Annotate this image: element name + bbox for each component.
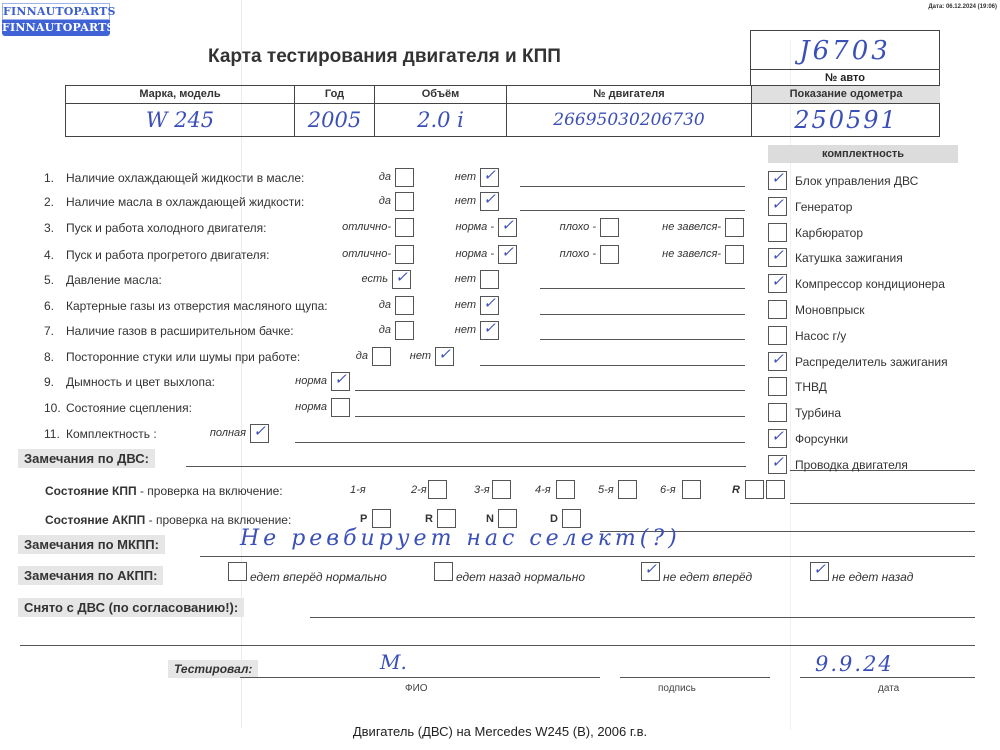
checklist-option-label: нет [345,350,431,362]
checklist-item-number: 8. [44,350,54,364]
checkmark-icon: ✓ [481,190,498,208]
tester-name-caption: ФИО [405,683,428,694]
checkmark-icon: ✓ [769,453,786,471]
vehicle-info-table: Марка, модель W 245 Год 2005 Объём 2.0 i… [65,85,940,137]
kpp-gear-label: 1-я [350,484,366,496]
dvs-remarks-label: Замечания по ДВС: [18,449,155,468]
checklist-item-label: Посторонние стуки или шумы при работе: [66,350,300,364]
engine-number-value: 26695030206730 [507,104,751,136]
akpp-remark-label: не едет вперёд [663,570,752,584]
checklist-item-label: Пуск и работа холодного двигателя: [66,221,266,235]
akpp-gear-checkbox[interactable] [562,509,581,528]
checklist-option-label: отлично- [305,248,391,260]
checkmark-icon: ✓ [769,246,786,264]
completeness-item-label: Моновпрыск [795,303,865,317]
mkpp-remarks-label: Замечания по МКПП: [18,535,165,554]
completeness-item-label: Генератор [795,200,852,214]
kpp-gear-checkbox[interactable] [745,480,764,499]
checklist-option-label: нет [390,171,476,183]
engine-number-cell: № двигателя 26695030206730 [507,86,752,136]
completeness-item-label: Компрессор кондиционера [795,277,945,291]
checklist-option-label: полная [160,427,246,439]
kpp-state-label: Состояние КПП - проверка на включение: [45,484,283,498]
kpp-gear-label: 4-я [535,484,551,496]
checkmark-icon: ✓ [769,195,786,213]
signature-line[interactable] [620,677,770,678]
akpp-gear-label: N [486,513,494,525]
checklist-option-checkbox[interactable] [480,270,499,289]
checklist-option-checkbox[interactable] [600,245,619,264]
removed-field[interactable] [310,617,975,618]
test-date-line [800,677,975,678]
checklist-item-label: Дымность и цвет выхлопа: [66,375,215,389]
checklist-option-checkbox[interactable]: ✓ [480,192,499,211]
checklist-option-label: нет [390,273,476,285]
form-title: Карта тестирования двигателя и КПП [208,46,561,68]
volume-value: 2.0 i [375,104,506,136]
checklist-item-number: 2. [44,195,54,209]
volume-header: Объём [375,86,506,104]
completeness-checkbox[interactable]: ✓ [768,455,787,474]
akpp-remark-label: едет назад нормально [456,570,585,584]
model-header: Марка, модель [66,86,294,104]
checkmark-icon: ✓ [769,169,786,187]
checklist-option-label: не завелся- [635,248,721,260]
image-caption: Двигатель (ДВС) на Mercedes W245 (B), 20… [0,724,1000,739]
checklist-item-number: 5. [44,273,54,287]
akpp-remark-label: едет вперёд нормально [250,570,387,584]
mkpp-remarks-value[interactable]: Не ревбирует нас селект(?) [240,526,681,551]
removed-label: Снято с ДВС (по согласованию!): [18,598,244,617]
checkmark-icon: ✓ [332,370,349,388]
volume-cell: Объём 2.0 i [375,86,507,136]
checklist-item-label: Наличие охлаждающей жидкости в масле: [66,171,304,185]
checklist-item-number: 9. [44,375,54,389]
completeness-item-label: Форсунки [795,432,848,446]
auto-number-box: J6703 № авто [750,30,940,85]
checklist-option-checkbox[interactable]: ✓ [480,168,499,187]
checklist-option-checkbox[interactable] [725,218,744,237]
checklist-option-label: да [305,299,391,311]
checkmark-icon: ✓ [481,166,498,184]
completeness-checkbox[interactable] [768,377,787,396]
test-date-caption: дата [878,683,899,694]
akpp-remark-checkbox[interactable]: ✓ [810,562,829,581]
checklist-option-checkbox[interactable]: ✓ [331,372,350,391]
checkmark-icon: ✓ [481,319,498,337]
completeness-item-label: Турбина [795,406,841,420]
completeness-checkbox[interactable]: ✓ [768,248,787,267]
checklist-item-number: 6. [44,299,54,313]
checklist-option-label: плохо - [510,221,596,233]
checklist-option-checkbox[interactable]: ✓ [435,347,454,366]
checklist-option-label: плохо - [510,248,596,260]
akpp-state-suffix: - проверка на включение: [145,513,291,527]
checklist-item-number: 11. [44,427,60,441]
auto-number-label: № авто [751,69,939,86]
finnautoparts-logo-secondary: FINNAUTOPARTS [2,20,110,36]
akpp-state-label: Состояние АКПП - проверка на включение: [45,513,291,527]
checklist-option-label: отлично- [305,221,391,233]
kpp-state-title: Состояние КПП [45,484,137,498]
akpp-remark-checkbox[interactable] [228,562,247,581]
auto-number-value: J6703 [751,31,939,71]
checklist-option-checkbox[interactable]: ✓ [250,424,269,443]
odometer-header: Показание одометра [752,86,940,104]
checklist-item-label: Наличие масла в охлаждающей жидкости: [66,195,304,209]
akpp-gear-label: R [425,513,433,525]
checklist-item-label: Наличие газов в расширительном бачке: [66,324,294,338]
checklist-option-label: норма [241,375,327,387]
checklist-item-label: Картерные газы из отверстия масляного щу… [66,299,328,313]
checklist-item-label: Пуск и работа прогретого двигателя: [66,248,270,262]
checkmark-icon: ✓ [769,272,786,290]
completeness-item-label: Насос г/у [795,329,846,343]
completeness-extra-line[interactable] [790,503,975,504]
completeness-checkbox[interactable] [768,403,787,422]
checklist-item-label: Состояние сцепления: [66,401,192,415]
checklist-option-label: не завелся- [635,221,721,233]
akpp-gear-checkbox[interactable] [372,509,391,528]
checkmark-icon: ✓ [436,345,453,363]
checkmark-icon: ✓ [769,350,786,368]
checklist-option-label: да [305,324,391,336]
checklist-option-label: норма - [408,248,494,260]
checklist-option-checkbox[interactable] [600,218,619,237]
odometer-value: 250591 [752,104,940,136]
completeness-item-label: Катушка зажигания [795,251,903,265]
akpp-state-title: Состояние АКПП [45,513,145,527]
checklist-item-number: 3. [44,221,54,235]
finnautoparts-logo: FINNAUTOPARTS [2,3,110,20]
checklist-option-label: нет [390,195,476,207]
akpp-remark-checkbox[interactable]: ✓ [641,562,660,581]
completeness-checkbox[interactable] [768,223,787,242]
completeness-item-label: Проводка двигателя [795,458,908,472]
checklist-option-label: есть [302,273,388,285]
year-value: 2005 [295,104,374,136]
akpp-gear-label: P [360,513,367,525]
checkmark-icon: ✓ [251,422,268,440]
checklist-option-checkbox[interactable] [725,245,744,264]
completeness-checkbox[interactable]: ✓ [768,352,787,371]
year-header: Год [295,86,374,104]
kpp-gear-checkbox[interactable] [766,480,785,499]
checklist-option-checkbox[interactable] [331,398,350,417]
completeness-item-label: Карбюратор [795,226,863,240]
completeness-checkbox[interactable]: ✓ [768,429,787,448]
akpp-gear-checkbox[interactable] [437,509,456,528]
kpp-gear-label: 3-я [474,484,490,496]
checklist-notes-field[interactable] [355,390,745,391]
kpp-gear-checkbox[interactable] [428,480,447,499]
completeness-checkbox[interactable]: ✓ [768,274,787,293]
odometer-cell: Показание одометра 250591 [752,86,940,136]
test-date[interactable]: 9.9.24 [815,652,894,676]
tester-name[interactable]: М. [380,650,407,674]
removed-field-line2[interactable] [20,645,975,646]
checkmark-icon: ✓ [481,294,498,312]
checklist-item-number: 7. [44,324,54,338]
completeness-header: комплектность [768,145,958,163]
checklist-option-checkbox[interactable]: ✓ [480,296,499,315]
signature-caption: подпись [658,683,696,694]
completeness-checkbox[interactable]: ✓ [768,197,787,216]
kpp-gear-label: 5-я [598,484,614,496]
mkpp-remarks-field [200,556,975,557]
checklist-option-checkbox[interactable]: ✓ [480,321,499,340]
checklist-item-number: 4. [44,248,54,262]
akpp-remark-checkbox[interactable] [434,562,453,581]
kpp-gear-checkbox[interactable] [682,480,701,499]
kpp-gear-label: R [732,484,740,496]
kpp-gear-checkbox[interactable] [556,480,575,499]
kpp-gear-label: 6-я [660,484,676,496]
dvs-remarks-field[interactable] [186,466,746,467]
checklist-option-label: да [305,171,391,183]
checklist-item-label: Давление масла: [66,273,162,287]
checklist-item-label: Комплектность : [66,427,157,441]
checklist-option-label: норма - [408,221,494,233]
checklist-notes-field[interactable] [540,288,745,289]
model-cell: Марка, модель W 245 [66,86,295,136]
year-cell: Год 2005 [295,86,375,136]
checklist-option-label: да [305,195,391,207]
checklist-option-label: нет [390,299,476,311]
completeness-item-label: ТНВД [795,380,827,394]
checklist-notes-field[interactable] [355,416,745,417]
checklist-notes-field[interactable] [540,339,745,340]
checklist-notes-field[interactable] [520,210,745,211]
completeness-checkbox[interactable]: ✓ [768,171,787,190]
checkmark-icon: ✓ [642,560,659,578]
checklist-option-label: нет [390,324,476,336]
checkmark-icon: ✓ [769,427,786,445]
akpp-remark-label: не едет назад [832,570,913,584]
completeness-item-label: Блок управления ДВС [795,174,918,188]
kpp-gear-checkbox[interactable] [618,480,637,499]
checklist-notes-field[interactable] [520,186,745,187]
engine-number-header: № двигателя [507,86,751,104]
kpp-gear-label: 2-я [411,484,427,496]
akpp-remarks-label: Замечания по АКПП: [18,566,163,585]
tester-name-line [240,677,600,678]
checklist-item-number: 1. [44,171,54,185]
checklist-notes-field[interactable] [540,314,745,315]
checklist-option-label: норма [241,401,327,413]
akpp-gear-checkbox[interactable] [498,509,517,528]
capture-date: Дата: 06.12.2024 (19:06) [928,4,997,10]
akpp-gear-label: D [550,513,558,525]
checklist-item-number: 10. [44,401,61,415]
paper-fold [790,40,791,730]
kpp-gear-checkbox[interactable] [492,480,511,499]
checklist-notes-field[interactable] [480,365,745,366]
checkmark-icon: ✓ [811,560,828,578]
checklist-notes-field[interactable] [295,442,745,443]
kpp-state-suffix: - проверка на включение: [137,484,283,498]
completeness-checkbox[interactable] [768,326,787,345]
tested-by-label: Тестировал: [168,660,258,678]
completeness-checkbox[interactable] [768,300,787,319]
model-value: W 245 [66,104,294,136]
completeness-item-label: Распределитель зажигания [795,355,948,369]
